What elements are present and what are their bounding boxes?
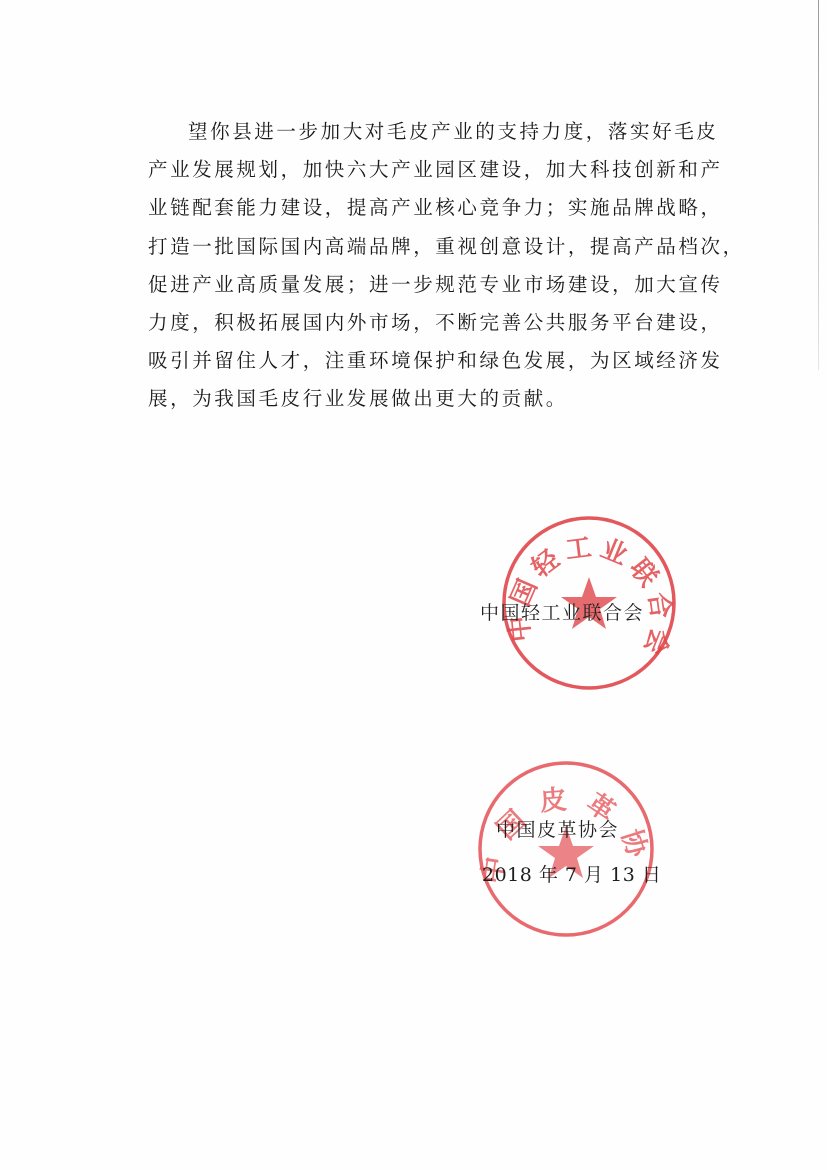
signatory-china-leather: 中国皮革协会	[496, 815, 619, 842]
signatory-clic: 中国轻工业联合会	[480, 598, 644, 625]
paragraph-line: 力度，积极拓展国内外市场，不断完善公共服务平台建设，	[148, 304, 668, 342]
seal-graphic: 中国皮革协会	[476, 760, 658, 942]
paragraph-line: 展，为我国毛皮行业发展做出更大的贡献。	[148, 380, 668, 418]
scan-edge-line	[818, 0, 819, 370]
paragraph-line: 打造一批国际国内高端品牌，重视创意设计，提高产品档次，	[148, 228, 668, 266]
letter-body-paragraph: 望你县进一步加大对毛皮产业的支持力度，落实好毛皮 产业发展规划，加快六大产业园区…	[148, 113, 668, 419]
paragraph-line: 吸引并留住人才，注重环境保护和绿色发展，为区域经济发	[148, 342, 668, 380]
paragraph-line: 促进产业高质量发展；进一步规范专业市场建设，加大宣传	[148, 266, 668, 304]
official-seal-china-leather: 中国皮革协会	[476, 760, 658, 942]
paragraph-line: 望你县进一步加大对毛皮产业的支持力度，落实好毛皮	[148, 113, 668, 151]
document-page: 望你县进一步加大对毛皮产业的支持力度，落实好毛皮 产业发展规划，加快六大产业园区…	[0, 0, 827, 1170]
letter-date: 2018 年 7 月 13 日	[482, 860, 661, 887]
paragraph-line: 产业发展规划，加快六大产业园区建设，加大科技创新和产	[148, 151, 668, 189]
paragraph-line: 业链配套能力建设，提高产业核心竞争力；实施品牌战略，	[148, 189, 668, 227]
